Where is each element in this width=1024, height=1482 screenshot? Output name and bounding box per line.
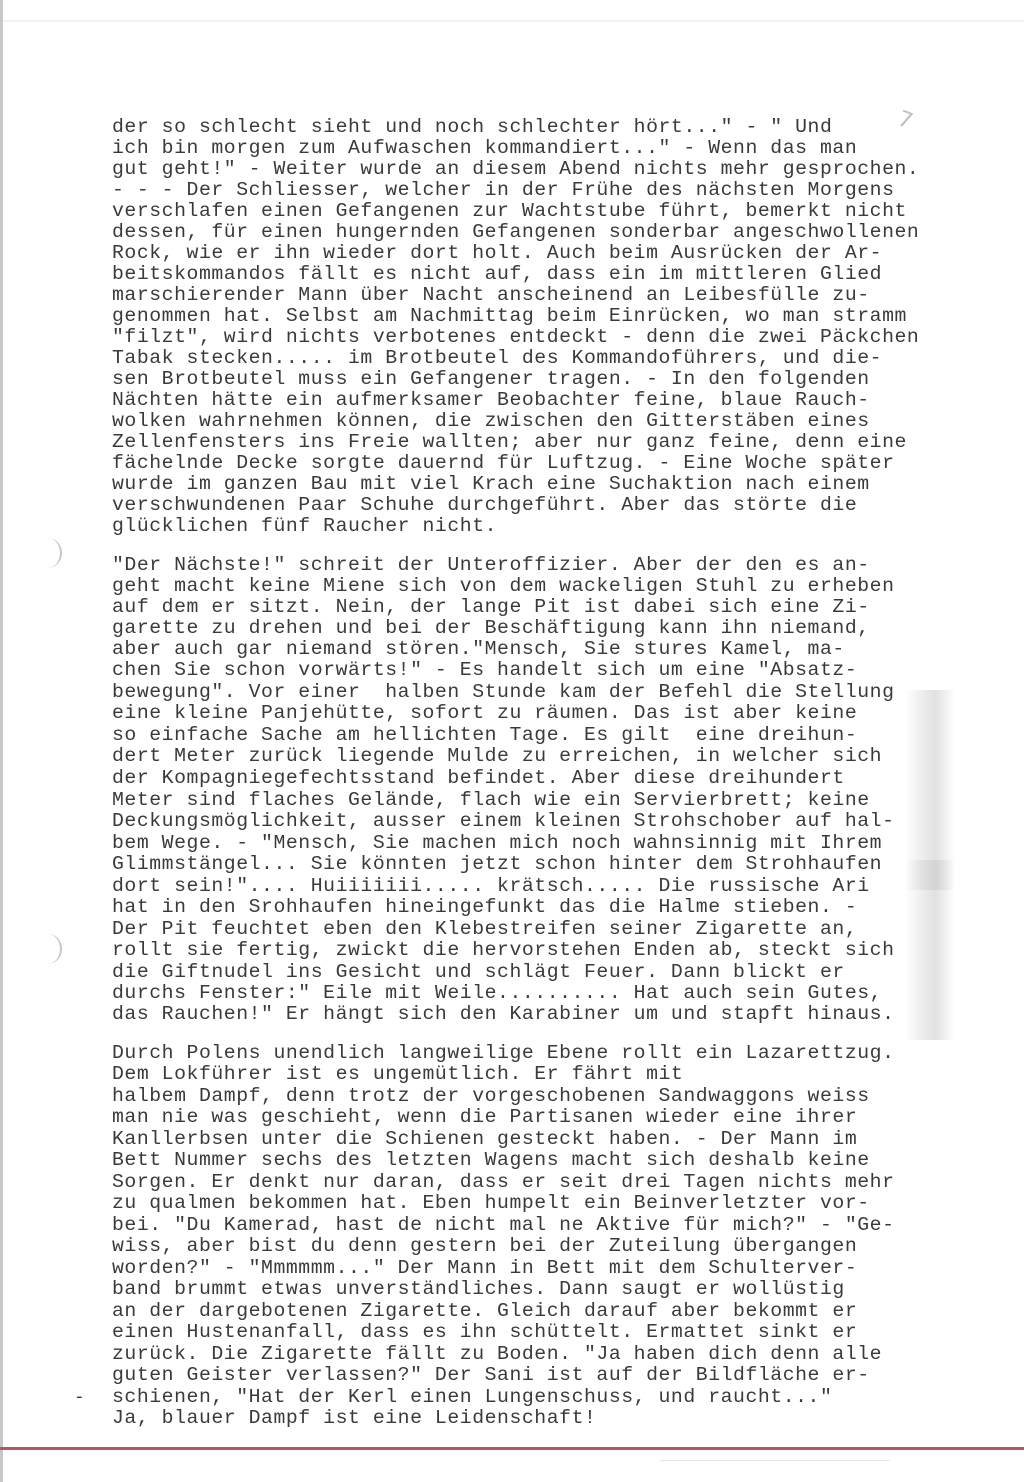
text-line: zu qualmen bekommen hat. Eben humpelt ei… xyxy=(112,1192,870,1214)
text-line: Bett Nummer sechs des letzten Wagens mac… xyxy=(112,1149,870,1171)
text-line: ich bin morgen zum Aufwaschen kommandier… xyxy=(112,137,857,159)
margin-mark: - xyxy=(76,1386,83,1407)
text-line: bewegung". Vor einer halben Stunde kam d… xyxy=(112,681,895,703)
text-line: auf dem er sitzt. Nein, der lange Pit is… xyxy=(112,596,870,618)
text-line: beitskommandos fällt es nicht auf, dass … xyxy=(112,263,882,285)
bottom-rule xyxy=(0,1447,1024,1450)
text-line: Durch Polens unendlich langweilige Ebene… xyxy=(112,1042,895,1064)
text-line: schienen, "Hat der Kerl einen Lungenschu… xyxy=(112,1386,832,1408)
text-line: Der Pit feuchtet eben den Klebestreifen … xyxy=(112,918,857,940)
text-line: "filzt", wird nichts verbotenes entdeckt… xyxy=(112,326,919,348)
text-line: an der dargebotenen Zigarette. Gleich da… xyxy=(112,1300,857,1322)
text-line: Ja, blauer Dampf ist eine Leidenschaft! xyxy=(112,1407,596,1429)
page-number: 7 xyxy=(894,106,916,134)
text-line: Kanllerbsen unter die Schienen gesteckt … xyxy=(112,1128,857,1150)
text-line: wiss, aber bist du denn gestern bei der … xyxy=(112,1235,857,1257)
text-line: Rock, wie er ihn wieder dort holt. Auch … xyxy=(112,242,882,264)
text-line: verschlafen einen Gefangenen zur Wachtst… xyxy=(112,200,907,222)
text-line: bem Wege. - "Mensch, Sie machen mich noc… xyxy=(112,832,882,854)
bottom-rule-faint xyxy=(660,1460,890,1461)
torn-paper-edge-lower xyxy=(905,860,955,1040)
text-line: Nächten hätte ein aufmerksamer Beobachte… xyxy=(112,389,870,411)
text-line: - - - Der Schliesser, welcher in der Frü… xyxy=(112,179,895,201)
text-line: wurde im ganzen Bau mit viel Krach eine … xyxy=(112,473,870,495)
text-line: "Der Nächste!" schreit der Unteroffizier… xyxy=(112,554,870,576)
text-line: Sorgen. Er denkt nur daran, dass er seit… xyxy=(112,1171,895,1193)
text-line: wolken wahrnehmen können, die zwischen d… xyxy=(112,410,870,432)
scan-left-edge xyxy=(0,0,3,1482)
text-line: Dem Lokführer ist es ungemütlich. Er fäh… xyxy=(112,1063,683,1085)
text-line: garette zu drehen und bei der Beschäftig… xyxy=(112,617,870,639)
text-line: genommen hat. Selbst am Nachmittag beim … xyxy=(112,305,907,327)
text-line: der Kompagniegefechtsstand befindet. Abe… xyxy=(112,767,845,789)
text-line: einen Hustenanfall, dass es ihn schüttel… xyxy=(112,1321,857,1343)
text-line: fächelnde Decke sorgte dauernd für Luftz… xyxy=(112,452,895,474)
text-line: so einfache Sache am hellichten Tage. Es… xyxy=(112,724,857,746)
text-line: verschwundenen Paar Schuhe durchgeführt.… xyxy=(112,494,857,516)
text-line: glücklichen fünf Raucher nicht. xyxy=(112,515,497,537)
text-line: zurück. Die Zigarette fällt zu Boden. "J… xyxy=(112,1343,882,1365)
text-line: dort sein!".... Huiiiiiii..... krätsch..… xyxy=(112,875,870,897)
text-line: sen Brotbeutel muss ein Gefangener trage… xyxy=(112,368,870,390)
text-line: durchs Fenster:" Eile mit Weile.........… xyxy=(112,982,882,1004)
text-line: der so schlecht sieht und noch schlechte… xyxy=(112,116,832,138)
punch-hole-upper xyxy=(34,538,62,568)
text-line: gut geht!" - Weiter wurde an diesem Aben… xyxy=(112,158,919,180)
text-line: eine kleine Panjehütte, sofort zu räumen… xyxy=(112,702,857,724)
text-line: marschierender Mann über Nacht anscheine… xyxy=(112,284,870,306)
text-line: Meter sind flaches Gelände, flach wie ei… xyxy=(112,789,870,811)
text-line: Zellenfensters ins Freie wallten; aber n… xyxy=(112,431,907,453)
text-line: dessen, für einen hungernden Gefangenen … xyxy=(112,221,919,243)
text-line: chen Sie schon vorwärts!" - Es handelt s… xyxy=(112,659,857,681)
text-line: bei. "Du Kamerad, hast de nicht mal ne A… xyxy=(112,1214,895,1236)
text-line: rollt sie fertig, zwickt die hervorstehe… xyxy=(112,939,895,961)
text-line: halbem Dampf, denn trotz der vorgeschobe… xyxy=(112,1085,870,1107)
text-line: band brummt etwas unverständliches. Dann… xyxy=(112,1278,845,1300)
text-line: guten Geister verlassen?" Der Sani ist a… xyxy=(112,1364,870,1386)
text-line: die Giftnudel ins Gesicht und schlägt Fe… xyxy=(112,961,845,983)
text-line: aber auch gar niemand stören."Mensch, Si… xyxy=(112,638,845,660)
scan-top-edge xyxy=(0,20,1024,22)
text-line: dert Meter zurück liegende Mulde zu erre… xyxy=(112,745,882,767)
text-line: Tabak stecken..... im Brotbeutel des Kom… xyxy=(112,347,882,369)
text-line: Deckungsmöglichkeit, ausser einem kleine… xyxy=(112,810,895,832)
text-line: worden?" - "Mmmmmm..." Der Mann in Bett … xyxy=(112,1257,857,1279)
text-line: das Rauchen!" Er hängt sich den Karabine… xyxy=(112,1003,895,1025)
text-line: geht macht keine Miene sich von dem wack… xyxy=(112,575,895,597)
text-line: Glimmstängel... Sie könnten jetzt schon … xyxy=(112,853,882,875)
punch-hole-lower xyxy=(34,934,62,964)
text-line: man nie was geschieht, wenn die Partisan… xyxy=(112,1106,857,1128)
text-line: hat in den Srohhaufen hineingefunkt das … xyxy=(112,896,857,918)
